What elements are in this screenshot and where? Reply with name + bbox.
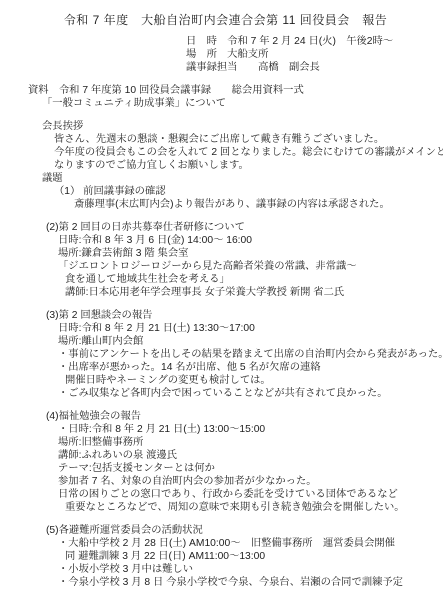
meta-recorder: 議事録担当 高橋 副会長 <box>186 61 423 74</box>
greeting-block: 会長挨拶 皆さん、先週末の懇談・懇親会にご出席して戴き有難うございました。 今年… <box>28 120 423 172</box>
section-line: 講師:日本応用老年学会理事長 女子栄養大学教授 新開 省二氏 <box>65 286 423 299</box>
section-line: 場所:離山町内会館 <box>58 335 423 348</box>
section-line: 斎藤理事(末広町内会)より報告があり、議事録の内容は承認された。 <box>74 198 423 211</box>
section-line: 日時:令和 8 年 3 月 6 日(金) 14:00～ 16:00 <box>58 234 423 247</box>
report-page: 令和 7 年度 大船自治町内会連合会第 11 回役員会 報告 日 時 令和 7 … <box>0 0 443 594</box>
meta-place: 場 所 大船支所 <box>186 48 423 61</box>
section-line: 食を通して地域共生社会を考える」 <box>65 273 423 286</box>
section-line: ・小坂小学校 3 月中は難しい <box>58 563 423 576</box>
greeting-heading: 会長挨拶 <box>42 120 423 133</box>
section-line: テーマ:包括支援センターとは何か <box>58 462 423 475</box>
section-line: 同 避難訓練 3 月 22 日(日) AM11:00～13:00 <box>65 550 423 563</box>
agenda-section-1: （1） 前回議事録の確認 斎藤理事(末広町内会)より報告があり、議事録の内容は承… <box>28 185 423 211</box>
section-title: (4)福祉勉強会の報告 <box>46 410 423 423</box>
section-line: ・日時:令和 8 年 2 月 21 日(土) 13:00～15:00 <box>58 423 423 436</box>
section-line: 講師:ふれあいの泉 渡邊氏 <box>58 449 423 462</box>
agenda-block: 議題 （1） 前回議事録の確認 斎藤理事(末広町内会)より報告があり、議事録の内… <box>28 172 423 589</box>
section-title: (2)第 2 回目の日赤共募奉仕者研修について <box>46 221 423 234</box>
agenda-section-2: (2)第 2 回目の日赤共募奉仕者研修について 日時:令和 8 年 3 月 6 … <box>28 221 423 299</box>
section-title: (5)各避難所運営委員会の活動状況 <box>46 524 423 537</box>
section-title: (3)第 2 回懇談会の報告 <box>46 309 423 322</box>
agenda-section-3: (3)第 2 回懇談会の報告 日時:令和 8 年 2 月 21 日(土) 13:… <box>28 309 423 400</box>
agenda-heading: 議題 <box>42 172 423 185</box>
section-line: 日時:令和 8 年 2 月 21 日(土) 13:30～17:00 <box>58 322 423 335</box>
section-line: 参加者 7 名、対象の自治町内会の参加者が少なかった。 <box>58 475 423 488</box>
agenda-section-4: (4)福祉勉強会の報告 ・日時:令和 8 年 2 月 21 日(土) 13:00… <box>28 410 423 514</box>
section-line: 「ジエロントロジーロジーから見た高齢者栄養の常識、非常識～ <box>58 260 423 273</box>
meta-block: 日 時 令和 7 年 2 月 24 日(火) 午後2時～ 場 所 大船支所 議事… <box>186 35 423 74</box>
materials-line: 「一般コミュニティ助成事業」について <box>42 97 423 110</box>
section-line: 日常の困りごとの窓口であり、行政から委託を受けている団体であるなど <box>58 488 423 501</box>
agenda-section-5: (5)各避難所運営委員会の活動状況 ・大船中学校 2 月 28 日(土) AM1… <box>28 524 423 589</box>
section-line: ・今泉小学校 3 月 8 日 今泉小学校で今泉、今泉台、岩瀬の合同で訓練予定 <box>58 576 423 589</box>
section-title: （1） 前回議事録の確認 <box>54 185 423 198</box>
section-line: 開催日時やネーミングの変更も検討しては。 <box>65 374 423 387</box>
section-line: ・ごみ収集など各町内会で困っていることなどが共有されて良かった。 <box>58 387 423 400</box>
meta-datetime: 日 時 令和 7 年 2 月 24 日(火) 午後2時～ <box>186 35 423 48</box>
page-title: 令和 7 年度 大船自治町内会連合会第 11 回役員会 報告 <box>28 13 423 28</box>
section-line: 重要なところなどで、周知の意味で来期も引き続き勉強会を開催したい。 <box>65 501 423 514</box>
section-line: 場所:鎌倉芸術館 3 階 集会室 <box>58 247 423 260</box>
section-line: ・出席率が悪かった。14 名が出席、他 5 名が欠席の連絡 <box>58 361 423 374</box>
materials-block: 資料 令和 7 年度第 10 回役員会議事録 総会用資料一式 「一般コミュニティ… <box>28 84 423 110</box>
greeting-line: 今年度の役員会もこの会を入れて 2 回となりました。総会にむけての審議がメインと <box>54 146 423 159</box>
section-line: 場所:旧整備事務所 <box>58 436 423 449</box>
greeting-line: 皆さん、先週末の懇談・懇親会にご出席して戴き有難うございました。 <box>54 133 423 146</box>
section-line: ・事前にアンケートを出しその結果を踏まえて出席の自治町内会から発表があった。 <box>58 348 423 361</box>
greeting-line: なりますのでご協力宜しくお願いします。 <box>54 159 423 172</box>
section-line: ・大船中学校 2 月 28 日(土) AM10:00～ 旧整備事務所 運営委員会… <box>58 537 423 550</box>
materials-line: 資料 令和 7 年度第 10 回役員会議事録 総会用資料一式 <box>28 84 423 97</box>
